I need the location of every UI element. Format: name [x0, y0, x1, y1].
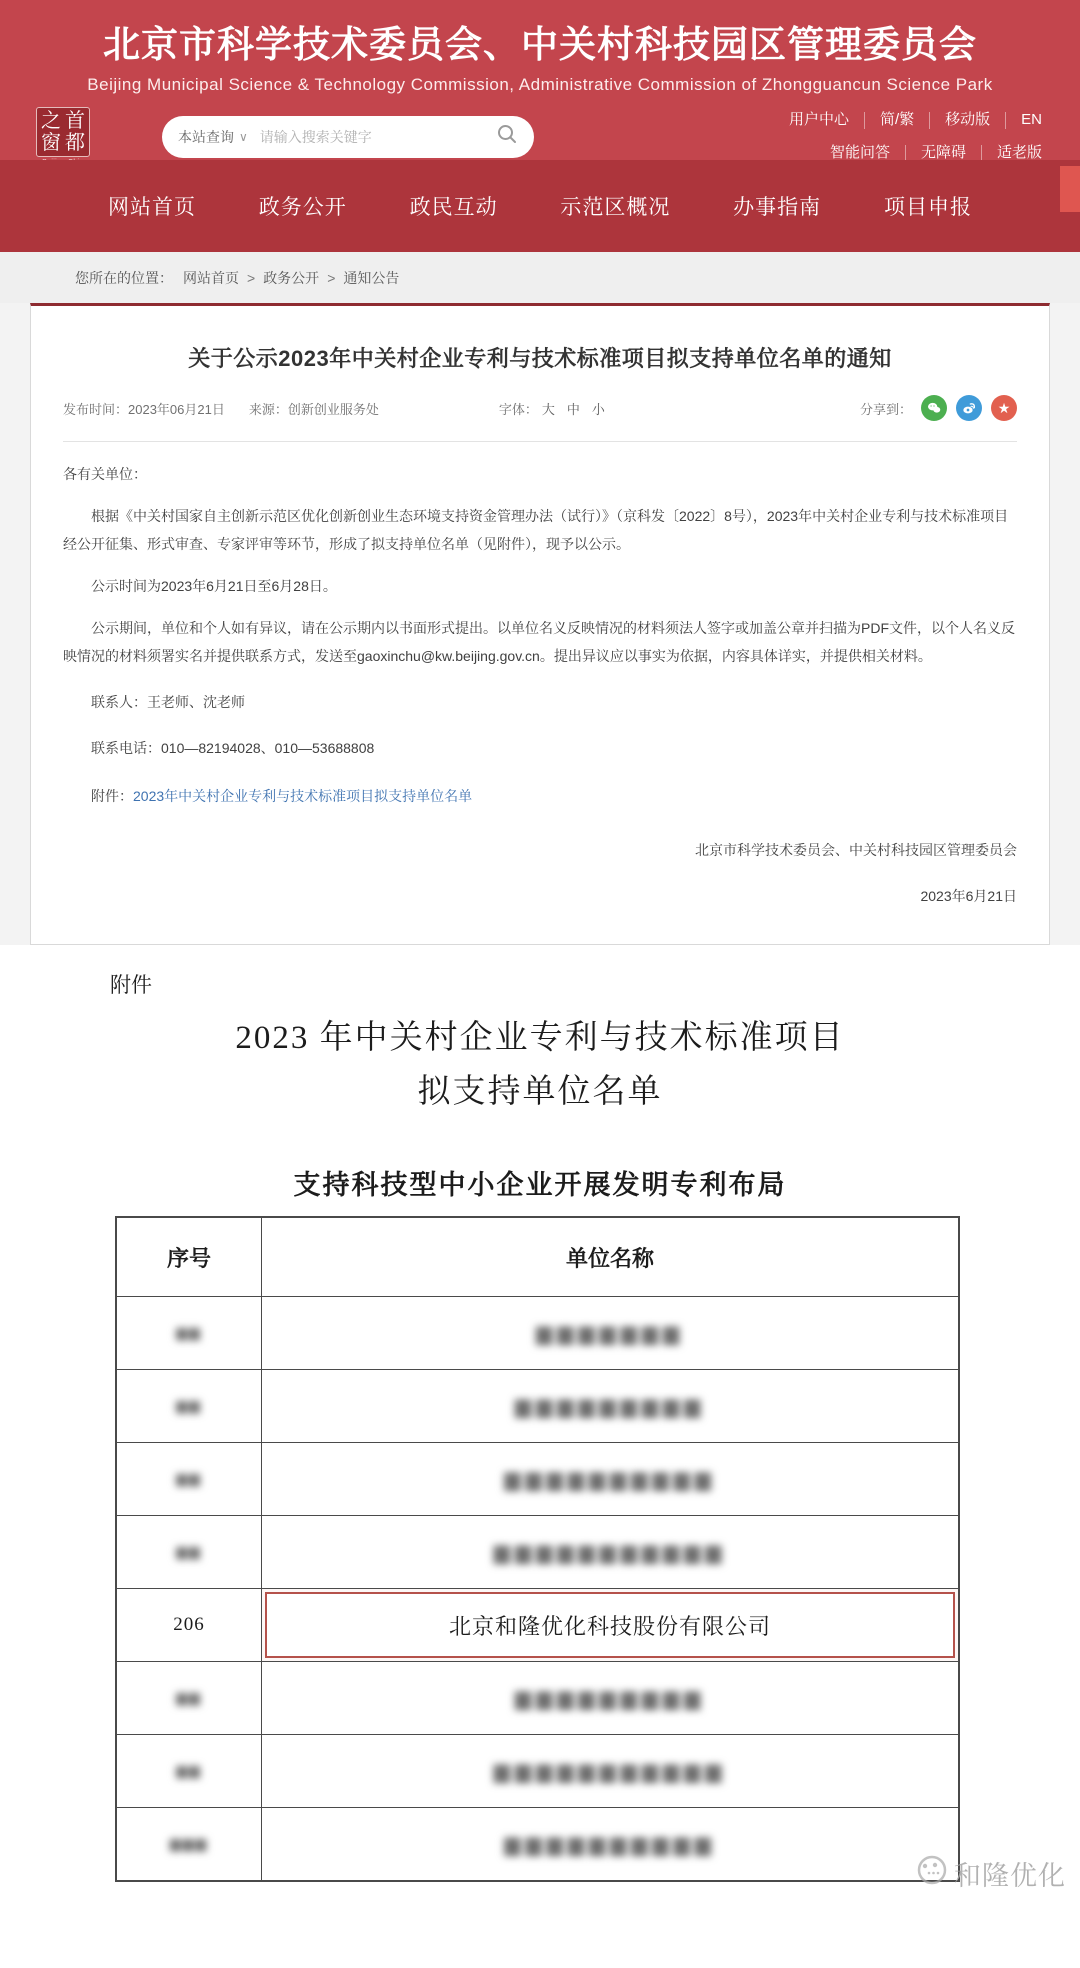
- breadcrumb-separator: >: [247, 270, 255, 286]
- doc-section-title: 支持科技型中小企业开展发明专利布局: [0, 1163, 1080, 1202]
- quick-link[interactable]: 移动版: [930, 112, 1006, 129]
- nav-item[interactable]: 政民互动: [410, 191, 498, 221]
- table-row: ▆▆ ▆▆▆▆▆▆▆: [117, 1296, 958, 1369]
- header-toolbar: 之首窗都 Beijing-China 本站查询 ∨ 用户中心简/繁移动版EN: [0, 107, 1080, 166]
- article-paragraph: 公示期间，单位和个人如有异议，请在公示期内以书面形式提出。以单位名义反映情况的材…: [63, 614, 1017, 670]
- cell-serial-no: ▆▆: [117, 1443, 262, 1515]
- attachment-label: 附件：: [91, 788, 133, 804]
- table-row: ▆▆ ▆▆▆▆▆▆▆▆▆▆▆: [117, 1515, 958, 1588]
- cell-serial-no: ▆▆: [117, 1735, 262, 1807]
- doc-title-line2: 拟支持单位名单: [0, 1065, 1080, 1119]
- cell-company-name: ▆▆▆▆▆▆▆▆▆▆▆: [262, 1516, 958, 1588]
- quick-links-row1: 用户中心简/繁移动版EN: [774, 112, 1044, 129]
- watermark-text: 和隆优化: [954, 1854, 1066, 1893]
- main-nav: 网站首页政务公开政民互动示范区概况办事指南项目申报: [0, 160, 1080, 252]
- nav-item[interactable]: 项目申报: [884, 191, 972, 221]
- weibo-icon[interactable]: [956, 395, 982, 421]
- share-bar: 分享到： ★: [860, 395, 1017, 421]
- search-scope-label: 本站查询: [178, 127, 234, 147]
- cell-company-name: 北京和隆优化科技股份有限公司: [262, 1589, 958, 1661]
- quick-link[interactable]: 适老版: [982, 145, 1044, 162]
- site-logo: 之首窗都 Beijing-China: [36, 107, 94, 166]
- quick-links-row2: 智能问答无障碍适老版: [815, 145, 1044, 162]
- cell-serial-no: 206: [117, 1589, 262, 1661]
- quick-link[interactable]: 智能问答: [815, 145, 906, 162]
- cell-company-name: ▆▆▆▆▆▆▆▆▆: [262, 1662, 958, 1734]
- support-list-table: 序号 单位名称 ▆▆ ▆▆▆▆▆▆▆ ▆▆: [115, 1216, 960, 1882]
- logo-char: 窗: [41, 133, 61, 153]
- meta-divider: [63, 441, 1017, 442]
- issuer-signature: 北京市科学技术委员会、中关村科技园区管理委员会: [63, 836, 1017, 864]
- header-cell-name: 单位名称: [262, 1218, 958, 1296]
- table-body: ▆▆ ▆▆▆▆▆▆▆ ▆▆ ▆▆▆▆▆▆▆▆▆: [117, 1296, 958, 1880]
- issue-date: 2023年6月21日: [63, 882, 1017, 910]
- site-title: 北京市科学技术委员会、中关村科技园区管理委员会: [0, 14, 1080, 68]
- doc-title-line1: 2023 年中关村企业专利与技术标准项目: [0, 1011, 1080, 1065]
- cell-serial-no: ▆▆: [117, 1516, 262, 1588]
- site-search-box[interactable]: 本站查询 ∨: [162, 116, 534, 158]
- cell-company-name: ▆▆▆▆▆▆▆: [262, 1297, 958, 1369]
- cell-serial-no: ▆▆: [117, 1297, 262, 1369]
- header-quick-links: 用户中心简/繁移动版EN 智能问答无障碍适老版: [774, 112, 1044, 161]
- article-paragraph: 根据《中关村国家自主创新示范区优化创新创业生态环境支持资金管理办法（试行）》（京…: [63, 502, 1017, 558]
- article-body: 各有关单位： 根据《中关村国家自主创新示范区优化创新创业生态环境支持资金管理办法…: [63, 460, 1017, 910]
- article-paragraph: 公示时间为2023年6月21日至6月28日。: [63, 572, 1017, 600]
- breadcrumb-link[interactable]: 通知公告: [343, 268, 399, 288]
- cell-serial-no: ▆▆: [117, 1370, 262, 1442]
- table-row: ▆▆ ▆▆▆▆▆▆▆▆▆: [117, 1369, 958, 1442]
- search-input[interactable]: [260, 129, 496, 145]
- site-header: 北京市科学技术委员会、中关村科技园区管理委员会 Beijing Municipa…: [0, 0, 1080, 160]
- qzone-star-icon[interactable]: ★: [991, 395, 1017, 421]
- breadcrumb-label: 您所在的位置：: [75, 268, 173, 288]
- article-section: 关于公示2023年中关村企业专利与技术标准项目拟支持单位名单的通知 发布时间：2…: [0, 303, 1080, 945]
- attachment-link[interactable]: 2023年中关村企业专利与技术标准项目拟支持单位名单: [133, 788, 472, 804]
- publish-date: 发布时间：2023年06月21日: [63, 399, 225, 418]
- quick-link[interactable]: 用户中心: [774, 112, 865, 129]
- attachment-line: 附件：2023年中关村企业专利与技术标准项目拟支持单位名单: [63, 782, 1017, 810]
- quick-link[interactable]: 简/繁: [865, 112, 930, 129]
- cell-serial-no: ▆▆: [117, 1662, 262, 1734]
- attachment-doc-title: 2023 年中关村企业专利与技术标准项目 拟支持单位名单: [0, 1011, 1080, 1119]
- font-size-control: 字体： 大中小: [499, 399, 605, 418]
- attachment-doc-label: 附件: [110, 969, 1080, 999]
- logo-char: 首: [65, 111, 85, 131]
- search-scope-dropdown[interactable]: 本站查询 ∨: [178, 127, 248, 147]
- nav-item[interactable]: 办事指南: [733, 191, 821, 221]
- wechat-icon[interactable]: [921, 395, 947, 421]
- share-label: 分享到：: [860, 399, 912, 418]
- table-row: ▆▆▆ ▆▆▆▆▆▆▆▆▆▆: [117, 1807, 958, 1880]
- cell-company-name: ▆▆▆▆▆▆▆▆▆▆▆: [262, 1735, 958, 1807]
- article-title: 关于公示2023年中关村企业专利与技术标准项目拟支持单位名单的通知: [63, 342, 1017, 373]
- table-header-row: 序号 单位名称: [117, 1218, 958, 1296]
- contact-person: 联系人：王老师、沈老师: [63, 688, 1017, 716]
- nav-item[interactable]: 示范区概况: [560, 191, 670, 221]
- attachment-document: 附件 2023 年中关村企业专利与技术标准项目 拟支持单位名单 支持科技型中小企…: [0, 945, 1080, 1968]
- article-paragraphs: 根据《中关村国家自主创新示范区优化创新创业生态环境支持资金管理办法（试行）》（京…: [63, 502, 1017, 670]
- search-icon[interactable]: [496, 123, 518, 150]
- capital-window-logo-icon: 之首窗都: [36, 107, 90, 157]
- breadcrumb-link[interactable]: 网站首页: [183, 268, 239, 288]
- helong-face-logo-icon: [915, 1853, 949, 1894]
- breadcrumb-items: 网站首页>政务公开>通知公告: [183, 268, 399, 288]
- nav-item[interactable]: 政务公开: [259, 191, 347, 221]
- article-meta-left: 发布时间：2023年06月21日 来源：创新创业服务处: [63, 399, 379, 418]
- breadcrumb: 您所在的位置： 网站首页>政务公开>通知公告: [0, 252, 1080, 303]
- table-row: 206 北京和隆优化科技股份有限公司: [117, 1588, 958, 1661]
- watermark: 和隆优化: [915, 1853, 1066, 1894]
- table-row: ▆▆ ▆▆▆▆▆▆▆▆▆▆▆: [117, 1734, 958, 1807]
- logo-char: 之: [41, 111, 61, 131]
- quick-link[interactable]: EN: [1006, 112, 1044, 129]
- logo-char: 都: [65, 133, 85, 153]
- cell-company-name: ▆▆▆▆▆▆▆▆▆▆: [262, 1808, 958, 1880]
- main-nav-list: 网站首页政务公开政民互动示范区概况办事指南项目申报: [0, 191, 1080, 221]
- breadcrumb-link[interactable]: 政务公开: [263, 268, 319, 288]
- font-size-options: 大中小: [542, 399, 605, 418]
- salutation: 各有关单位：: [63, 460, 1017, 488]
- table-row: ▆▆ ▆▆▆▆▆▆▆▆▆: [117, 1661, 958, 1734]
- table-row: ▆▆ ▆▆▆▆▆▆▆▆▆▆: [117, 1442, 958, 1515]
- nav-item[interactable]: 网站首页: [108, 191, 196, 221]
- contact-phone: 联系电话：010—82194028、010—53688808: [63, 734, 1017, 762]
- article-source: 来源：创新创业服务处: [249, 399, 379, 418]
- notice-article-card: 关于公示2023年中关村企业专利与技术标准项目拟支持单位名单的通知 发布时间：2…: [30, 303, 1050, 945]
- site-subtitle-english: Beijing Municipal Science & Technology C…: [0, 75, 1080, 95]
- cell-company-name: ▆▆▆▆▆▆▆▆▆▆: [262, 1443, 958, 1515]
- article-meta-row: 发布时间：2023年06月21日 来源：创新创业服务处 字体： 大中小 分享到：: [63, 395, 1017, 421]
- header-cell-no: 序号: [117, 1218, 262, 1296]
- nav-right-accent: [1060, 166, 1080, 212]
- cell-company-name: ▆▆▆▆▆▆▆▆▆: [262, 1370, 958, 1442]
- font-size-label: 字体：: [499, 399, 538, 418]
- chevron-down-icon: ∨: [239, 130, 248, 144]
- cell-serial-no: ▆▆▆: [117, 1808, 262, 1880]
- font-size-option[interactable]: 大: [542, 399, 555, 418]
- font-size-option[interactable]: 中: [567, 399, 580, 418]
- font-size-option[interactable]: 小: [592, 399, 605, 418]
- quick-link[interactable]: 无障碍: [906, 145, 982, 162]
- breadcrumb-separator: >: [327, 270, 335, 286]
